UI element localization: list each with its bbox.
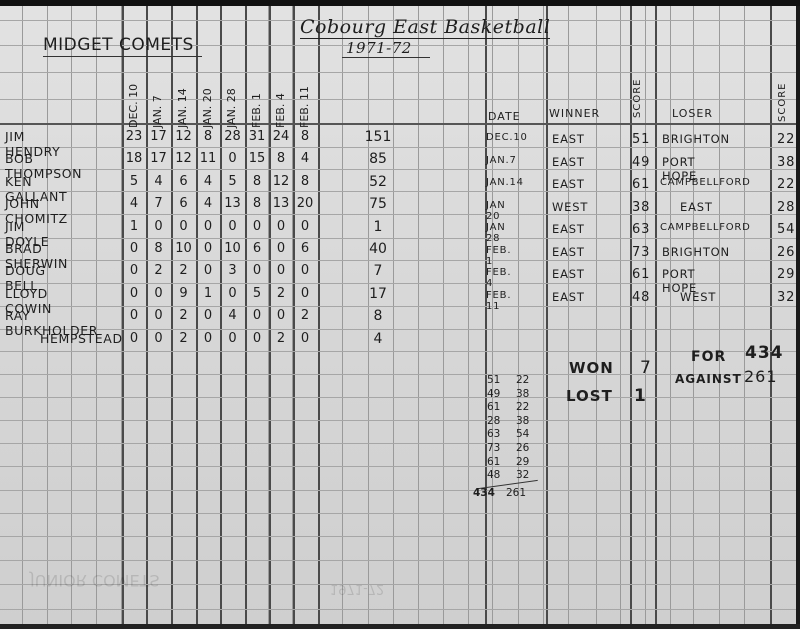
tally-against: 22 (516, 374, 529, 386)
points-cell: 11 (196, 151, 220, 166)
points-cell: 4 (293, 151, 317, 166)
points-for-value: 434 (745, 343, 784, 363)
tally-against: 38 (516, 415, 529, 427)
date-header-label: JAN. 14 (176, 88, 189, 128)
game-date: JAN 20 (486, 200, 506, 222)
game-winner: EAST (552, 222, 585, 236)
team-name: MIDGET COMETS (43, 35, 202, 57)
points-cell: 20 (293, 196, 317, 211)
points-cell: 0 (122, 308, 146, 323)
loser-score: 22 (777, 132, 795, 147)
date-header-label: JAN. 7 (151, 95, 164, 128)
grid-line (0, 466, 796, 467)
points-cell: 4 (146, 174, 171, 189)
points-cell: 6 (171, 174, 196, 189)
ledger-page: Cobourg East Basketball 1971-72 MIDGET C… (0, 6, 796, 624)
winner-score: 61 (632, 177, 650, 192)
game-date: JAN.14 (486, 177, 524, 188)
points-cell: 0 (220, 219, 245, 234)
game-loser: EAST (680, 200, 713, 214)
tally-for: 51 (487, 374, 500, 386)
lost-label: LOST (566, 387, 613, 405)
tally-for: 48 (487, 469, 500, 481)
grid-line (0, 397, 796, 398)
points-cell: 0 (196, 263, 220, 278)
player-total: 52 (360, 174, 396, 190)
points-cell: 0 (122, 286, 146, 301)
loser-score: 26 (777, 245, 795, 260)
points-cell: 13 (220, 196, 245, 211)
tally-against: 22 (516, 401, 529, 413)
season-label: 1971-72 (342, 39, 430, 58)
tally-for: 73 (487, 442, 500, 454)
points-cell: 0 (293, 263, 317, 278)
points-cell: 0 (146, 286, 171, 301)
tally-total-against: 261 (506, 487, 526, 499)
game-date: FEB. 1 (486, 245, 511, 267)
grid-line (0, 260, 796, 261)
game-winner: EAST (552, 245, 585, 259)
game-date: FEB. 11 (486, 290, 511, 312)
points-cell: 2 (293, 308, 317, 323)
lost-count: 1 (634, 386, 647, 406)
points-cell: 4 (220, 308, 245, 323)
tally-for: 28 (487, 415, 500, 427)
date-header-label: FEB. 4 (274, 93, 287, 128)
winner-column-header: WINNER (549, 107, 600, 120)
game-winner: EAST (552, 132, 585, 146)
points-cell: 0 (269, 219, 293, 234)
tally-for: 61 (487, 401, 500, 413)
loser-score: 54 (777, 222, 795, 237)
points-cell: 0 (245, 219, 269, 234)
game-winner: EAST (552, 267, 585, 281)
game-date: JAN.7 (486, 155, 517, 166)
grid-line (0, 238, 796, 239)
grid-line (0, 191, 796, 192)
date-header-label: FEB. 11 (298, 86, 311, 128)
points-cell: 9 (171, 286, 196, 301)
points-cell: 0 (146, 219, 171, 234)
grid-line (0, 147, 796, 148)
points-cell: 6 (171, 196, 196, 211)
points-cell: 0 (245, 331, 269, 346)
tally-against: 38 (516, 388, 529, 400)
loser-score: 38 (777, 155, 795, 170)
points-cell: 0 (293, 331, 317, 346)
points-cell: 0 (196, 331, 220, 346)
points-cell: 4 (196, 196, 220, 211)
date-header-label: JAN. 20 (201, 88, 214, 128)
points-cell: 8 (146, 241, 171, 256)
player-total: 85 (360, 151, 396, 167)
points-cell: 0 (122, 331, 146, 346)
points-cell: 8 (196, 129, 220, 144)
points-cell: 12 (171, 151, 196, 166)
points-against-label: AGAINST (675, 372, 742, 386)
player-total: 1 (360, 219, 396, 235)
date-header-label: JAN. 28 (225, 88, 238, 128)
tally-for: 63 (487, 428, 500, 440)
points-cell: 2 (269, 331, 293, 346)
game-loser: BRIGHTON (662, 245, 730, 259)
grid-line (0, 513, 796, 514)
points-cell: 2 (171, 263, 196, 278)
points-cell: 8 (293, 129, 317, 144)
points-cell: 8 (293, 174, 317, 189)
player-total: 17 (360, 286, 396, 302)
points-cell: 0 (171, 219, 196, 234)
tally-total-for: 434 (473, 487, 495, 499)
points-cell: 1 (122, 219, 146, 234)
tally-against: 54 (516, 428, 529, 440)
loser-score: 22 (777, 177, 795, 192)
tally-for: 49 (487, 388, 500, 400)
grid-line (0, 536, 796, 537)
player-total: 40 (360, 241, 396, 257)
tally-against: 26 (516, 442, 529, 454)
points-cell: 23 (122, 129, 146, 144)
winner-score: 38 (632, 200, 650, 215)
points-against-value: 261 (744, 367, 778, 386)
points-cell: 0 (122, 241, 146, 256)
points-cell: 0 (196, 219, 220, 234)
grid-line (0, 420, 796, 421)
points-cell: 5 (122, 174, 146, 189)
grid-line (0, 72, 796, 73)
loser-score: 29 (777, 267, 795, 282)
points-cell: 15 (245, 151, 269, 166)
points-cell: 0 (122, 263, 146, 278)
points-cell: 0 (196, 308, 220, 323)
points-cell: 0 (269, 263, 293, 278)
points-cell: 13 (269, 196, 293, 211)
document-title: Cobourg East Basketball (300, 16, 550, 39)
game-loser: CAMPBELLFORD (660, 222, 751, 233)
points-cell: 0 (269, 308, 293, 323)
player-total: 8 (360, 308, 396, 324)
loser-score: 32 (777, 290, 795, 305)
points-cell: 0 (245, 308, 269, 323)
points-cell: 17 (146, 129, 171, 144)
points-cell: 0 (293, 219, 317, 234)
game-winner: EAST (552, 290, 585, 304)
points-cell: 0 (196, 241, 220, 256)
winner-score: 61 (632, 267, 650, 282)
won-label: WON (569, 359, 614, 377)
points-cell: 18 (122, 151, 146, 166)
winner-score: 51 (632, 132, 650, 147)
tally-against: 29 (516, 456, 529, 468)
game-winner: WEST (552, 200, 588, 214)
points-cell: 8 (245, 174, 269, 189)
player-total: 7 (360, 263, 396, 279)
points-cell: 12 (269, 174, 293, 189)
points-cell: 5 (220, 174, 245, 189)
player-name: HEMPSTEAD (40, 331, 123, 346)
points-cell: 0 (293, 286, 317, 301)
loser-score: 28 (777, 200, 795, 215)
points-cell: 1 (196, 286, 220, 301)
winner-score: 63 (632, 222, 650, 237)
points-cell: 10 (220, 241, 245, 256)
game-winner: EAST (552, 155, 585, 169)
points-cell: 3 (220, 263, 245, 278)
points-cell: 0 (269, 241, 293, 256)
game-date: FEB. 4 (486, 267, 511, 289)
game-loser: CAMPBELLFORD (660, 177, 751, 188)
grid-line (0, 123, 796, 125)
points-cell: 0 (146, 308, 171, 323)
points-cell: 17 (146, 151, 171, 166)
points-cell: 0 (220, 286, 245, 301)
winner-score: 73 (632, 245, 650, 260)
points-cell: 7 (146, 196, 171, 211)
winner-score: 49 (632, 155, 650, 170)
points-cell: 4 (122, 196, 146, 211)
points-cell: 28 (220, 129, 245, 144)
date-header-label: FEB. 1 (250, 93, 263, 128)
points-cell: 24 (269, 129, 293, 144)
points-cell: 2 (269, 286, 293, 301)
points-cell: 6 (245, 241, 269, 256)
winner-score: 48 (632, 290, 650, 305)
points-cell: 2 (171, 331, 196, 346)
winner-score-header: SCORE (632, 79, 643, 118)
loser-column-header: LOSER (672, 107, 713, 120)
points-cell: 31 (245, 129, 269, 144)
points-cell: 2 (171, 308, 196, 323)
grid-line (0, 609, 796, 610)
game-loser: BRIGHTON (662, 132, 730, 146)
player-total: 75 (360, 196, 396, 212)
game-date: DEC.10 (486, 132, 528, 143)
loser-score-header: SCORE (777, 83, 788, 122)
bleed-through-team: JUNIOR COMETS (30, 571, 160, 590)
won-count: 7 (640, 358, 652, 378)
game-date: JAN 28 (486, 222, 506, 244)
date-column-header: DATE (488, 110, 521, 123)
points-for-label: FOR (691, 349, 726, 365)
grid-line (0, 560, 796, 561)
points-cell: 5 (245, 286, 269, 301)
points-cell: 12 (171, 129, 196, 144)
grid-line (0, 443, 796, 444)
points-cell: 2 (146, 263, 171, 278)
points-cell: 6 (293, 241, 317, 256)
points-cell: 0 (146, 331, 171, 346)
grid-line (0, 306, 796, 307)
date-header-label: DEC. 10 (127, 84, 140, 128)
bleed-through-season: 1971-72 (330, 581, 384, 596)
player-total: 4 (360, 331, 396, 347)
player-total: 151 (360, 129, 396, 145)
tally-against: 32 (516, 469, 529, 481)
game-loser: WEST (680, 290, 716, 304)
game-winner: EAST (552, 177, 585, 191)
points-cell: 4 (196, 174, 220, 189)
tally-for: 61 (487, 456, 500, 468)
points-cell: 10 (171, 241, 196, 256)
grid-line (0, 214, 796, 215)
grid-line (0, 490, 796, 491)
points-cell: 0 (220, 331, 245, 346)
grid-line (0, 351, 796, 352)
points-cell: 0 (245, 263, 269, 278)
points-cell: 8 (245, 196, 269, 211)
points-cell: 8 (269, 151, 293, 166)
grid-line (0, 99, 796, 100)
page-bottom-edge (0, 624, 800, 629)
points-cell: 0 (220, 151, 245, 166)
